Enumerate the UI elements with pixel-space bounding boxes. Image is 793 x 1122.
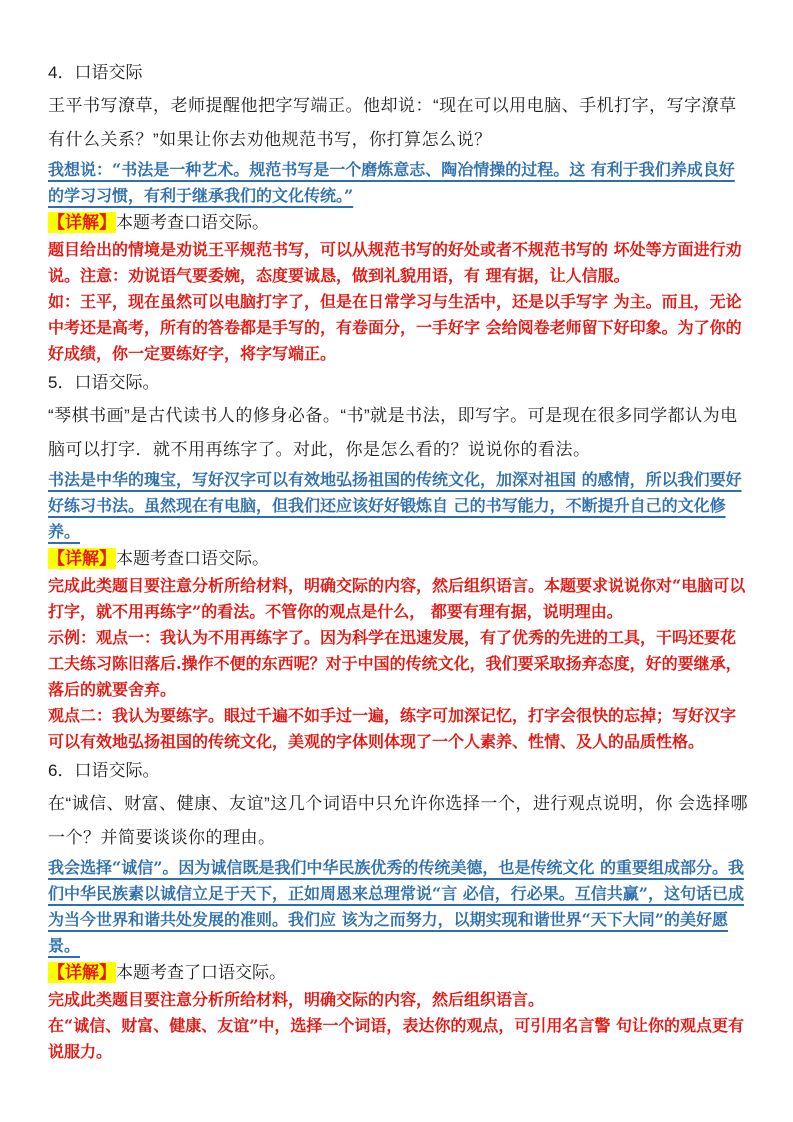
question-text: 在“诚信、财富、健康、友谊”这几个词语中只允许你选择一个，进行观点说明，你 会选… bbox=[48, 787, 749, 855]
question-number-heading: 5．口语交际。 bbox=[48, 367, 749, 399]
question-5-section: 5．口语交际。 “琴棋书画”是古代读书人的修身必备。“书”就是书法，即写字。可是… bbox=[48, 367, 749, 755]
explanation-paragraph: 在“诚信、财富、健康、友谊”中，选择一个词语，表达你的观点，可引用名言警 句让你… bbox=[48, 1013, 749, 1065]
explanation-paragraph: 题目给出的情境是劝说王平规范书写，可以从规范书写的好处或者不规范书写的 坏处等方… bbox=[48, 237, 749, 289]
detail-intro: 本题考查口语交际。 bbox=[116, 549, 269, 568]
question-4-section: 4．口语交际 王平书写潦草，老师提醒他把字写端正。他却说：“现在可以用电脑、手机… bbox=[48, 57, 749, 367]
explanation-paragraph: 如：王平，现在虽然可以电脑打字了，但是在日常学习与生活中，还是以手写字 为主。而… bbox=[48, 289, 749, 367]
detail-line: 【详解】本题考查口语交际。 bbox=[48, 545, 749, 573]
document-page: 4．口语交际 王平书写潦草，老师提醒他把字写端正。他却说：“现在可以用电脑、手机… bbox=[0, 0, 793, 1065]
detail-line: 【详解】本题考查口语交际。 bbox=[48, 209, 749, 237]
explanation-paragraph: 完成此类题目要注意分析所给材料，明确交际的内容，然后组织语言。 bbox=[48, 987, 749, 1013]
question-text: “琴棋书画”是古代读书人的修身必备。“书”就是书法，即写字。可是现在很多同学都认… bbox=[48, 399, 749, 467]
question-6-section: 6．口语交际。 在“诚信、财富、健康、友谊”这几个词语中只允许你选择一个，进行观… bbox=[48, 755, 749, 1065]
student-answer-text: 书法是中华的瑰宝，写好汉字可以有效地弘扬祖国的传统文化，加深对祖国 的感情，所以… bbox=[48, 467, 749, 545]
explanation-paragraph: 示例：观点一：我认为不用再练字了。因为科学在迅速发展，有了优秀的先进的工具，干吗… bbox=[48, 625, 749, 703]
detail-badge: 【详解】 bbox=[48, 548, 116, 569]
detail-line: 【详解】本题考查了口语交际。 bbox=[48, 959, 749, 987]
explanation-paragraph: 观点二：我认为要练字。眼过千遍不如手过一遍，练字可加深记忆，打字会很快的忘掉；写… bbox=[48, 703, 749, 755]
detail-intro: 本题考查了口语交际。 bbox=[116, 963, 286, 982]
student-answer-text: 我会选择“诚信”。因为诚信既是我们中华民族优秀的传统美德，也是传统文化 的重要组… bbox=[48, 855, 749, 959]
explanation-paragraph: 完成此类题目要注意分析所给材料，明确交际的内容，然后组织语言。本题要求说说你对“… bbox=[48, 573, 749, 625]
detail-badge: 【详解】 bbox=[48, 962, 116, 983]
student-answer-text: 我想说：“书法是一种艺术。规范书写是一个磨炼意志、陶冶情操的过程。这 有利于我们… bbox=[48, 157, 749, 209]
question-text: 王平书写潦草，老师提醒他把字写端正。他却说：“现在可以用电脑、手机打字，写字潦草… bbox=[48, 89, 749, 157]
detail-badge: 【详解】 bbox=[48, 212, 116, 233]
question-number-heading: 4．口语交际 bbox=[48, 57, 749, 89]
detail-intro: 本题考查口语交际。 bbox=[116, 213, 269, 232]
question-number-heading: 6．口语交际。 bbox=[48, 755, 749, 787]
